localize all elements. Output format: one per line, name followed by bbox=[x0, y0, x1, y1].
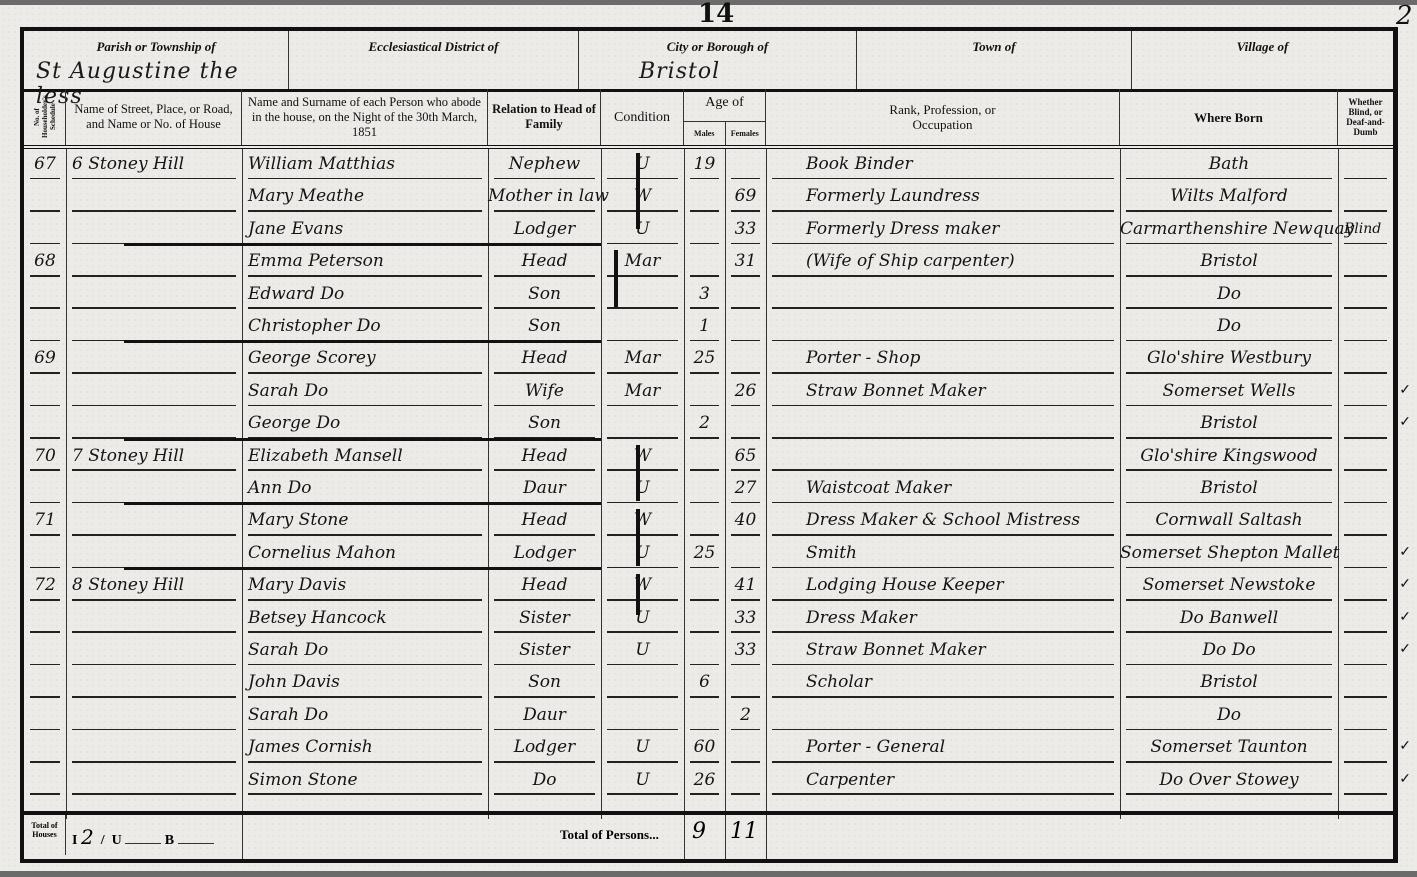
cell-where-born: Do Over Stowey bbox=[1120, 765, 1338, 797]
table-row: Simon StoneDoU26CarpenterDo Over Stowey bbox=[24, 765, 1393, 797]
cell-relation: Sister bbox=[488, 635, 601, 667]
cell-schedule bbox=[24, 473, 66, 505]
cell-female-age: 26 bbox=[725, 376, 766, 408]
cell-occupation: Smith bbox=[766, 538, 1120, 570]
cell-occupation bbox=[766, 279, 1120, 311]
cell-schedule: 70 bbox=[24, 441, 66, 473]
table-row: 728 Stoney HillMary DavisHeadW41Lodging … bbox=[24, 570, 1393, 602]
cell-blind bbox=[1338, 441, 1393, 473]
cell-name: Mary Meathe bbox=[242, 181, 488, 213]
cell-where-born: Glo'shire Westbury bbox=[1120, 343, 1338, 375]
pencil-tally-mark bbox=[636, 509, 640, 566]
header-age: Age of Males Females bbox=[684, 89, 766, 145]
cell-occupation bbox=[766, 700, 1120, 732]
pencil-tally-mark bbox=[636, 574, 640, 615]
header-street: Name of Street, Place, or Road, and Name… bbox=[66, 89, 242, 145]
check-mark-icon: ✓ bbox=[1399, 576, 1411, 593]
cell-relation: Son bbox=[488, 408, 601, 440]
cell-blind bbox=[1338, 732, 1393, 764]
page-number-corner: 2 bbox=[1396, 1, 1413, 31]
cell-relation: Lodger bbox=[488, 732, 601, 764]
cell-female-age: 41 bbox=[725, 570, 766, 602]
cell-relation: Son bbox=[488, 311, 601, 343]
cell-occupation: Book Binder bbox=[766, 149, 1120, 181]
ecclesiastical-district-label: Ecclesiastical District of bbox=[289, 39, 578, 55]
cell-male-age: 3 bbox=[684, 279, 725, 311]
cell-schedule bbox=[24, 603, 66, 635]
cell-street bbox=[66, 732, 242, 764]
table-row: 676 Stoney HillWilliam MatthiasNephewU19… bbox=[24, 149, 1393, 181]
cell-occupation: Formerly Laundress bbox=[766, 181, 1120, 213]
cell-female-age bbox=[725, 732, 766, 764]
table-row: Sarah DoDaur2Do bbox=[24, 700, 1393, 732]
cell-name: Ann Do bbox=[242, 473, 488, 505]
cell-name: James Cornish bbox=[242, 732, 488, 764]
cell-where-born: Bristol bbox=[1120, 246, 1338, 278]
cell-male-age: 2 bbox=[684, 408, 725, 440]
cell-where-born: Wilts Malford bbox=[1120, 181, 1338, 213]
census-entries: 676 Stoney HillWilliam MatthiasNephewU19… bbox=[24, 149, 1393, 819]
cell-condition: U bbox=[601, 603, 684, 635]
cell-condition bbox=[601, 667, 684, 699]
cell-relation: Nephew bbox=[488, 149, 601, 181]
cell-name: Emma Peterson bbox=[242, 246, 488, 278]
cell-schedule bbox=[24, 538, 66, 570]
cell-occupation: Straw Bonnet Maker bbox=[766, 376, 1120, 408]
city-borough-cell: City or Borough of Bristol bbox=[579, 31, 857, 89]
cell-condition bbox=[601, 408, 684, 440]
cell-male-age bbox=[684, 246, 725, 278]
check-mark-icon: ✓ bbox=[1399, 414, 1411, 431]
cell-male-age: 26 bbox=[684, 765, 725, 797]
building-label: B bbox=[165, 833, 174, 848]
cell-blind bbox=[1338, 538, 1393, 570]
cell-female-age: 40 bbox=[725, 505, 766, 537]
cell-male-age: 19 bbox=[684, 149, 725, 181]
cell-name: Mary Davis bbox=[242, 570, 488, 602]
table-row: 707 Stoney HillElizabeth MansellHeadW65G… bbox=[24, 441, 1393, 473]
cell-occupation: Carpenter bbox=[766, 765, 1120, 797]
census-page: 14 2 Parish or Township of St Augustine … bbox=[0, 5, 1417, 871]
cell-name: George Scorey bbox=[242, 343, 488, 375]
table-row: Ann DoDaurU27Waistcoat MakerBristol bbox=[24, 473, 1393, 505]
cell-condition: W bbox=[601, 181, 684, 213]
cell-female-age bbox=[725, 149, 766, 181]
cell-name: Betsey Hancock bbox=[242, 603, 488, 635]
cell-blind bbox=[1338, 603, 1393, 635]
inhabited-value: 2 bbox=[81, 825, 94, 849]
cell-name: Christopher Do bbox=[242, 311, 488, 343]
cell-schedule bbox=[24, 667, 66, 699]
cell-condition: U bbox=[601, 538, 684, 570]
cell-schedule bbox=[24, 311, 66, 343]
cell-male-age bbox=[684, 376, 725, 408]
cell-blind bbox=[1338, 311, 1393, 343]
cell-where-born: Do bbox=[1120, 279, 1338, 311]
cell-male-age: 6 bbox=[684, 667, 725, 699]
cell-street: 8 Stoney Hill bbox=[66, 570, 242, 602]
census-form: Parish or Township of St Augustine the l… bbox=[20, 27, 1398, 863]
town-label: Town of bbox=[857, 39, 1131, 55]
cell-name: Sarah Do bbox=[242, 700, 488, 732]
cell-blind: Blind bbox=[1338, 214, 1393, 246]
table-row: Betsey HancockSisterU33Dress MakerDo Ban… bbox=[24, 603, 1393, 635]
cell-male-age: 25 bbox=[684, 343, 725, 375]
pencil-tally-mark bbox=[614, 250, 618, 307]
cell-occupation: Porter - General bbox=[766, 732, 1120, 764]
check-mark-icon: ✓ bbox=[1399, 771, 1411, 788]
cell-street bbox=[66, 505, 242, 537]
cell-street bbox=[66, 343, 242, 375]
cell-occupation bbox=[766, 441, 1120, 473]
cell-schedule: 71 bbox=[24, 505, 66, 537]
cell-occupation: Lodging House Keeper bbox=[766, 570, 1120, 602]
total-persons-label: Total of Persons... bbox=[560, 827, 659, 843]
cell-blind bbox=[1338, 376, 1393, 408]
cell-male-age: 25 bbox=[684, 538, 725, 570]
parish-cell: Parish or Township of St Augustine the l… bbox=[24, 31, 289, 89]
ecclesiastical-district-cell: Ecclesiastical District of bbox=[289, 31, 579, 89]
header-schedule: No. of Householder's Schedule bbox=[24, 89, 66, 145]
cell-relation: Daur bbox=[488, 700, 601, 732]
cell-name: Sarah Do bbox=[242, 376, 488, 408]
cell-male-age bbox=[684, 214, 725, 246]
cell-condition: U bbox=[601, 473, 684, 505]
cell-female-age: 2 bbox=[725, 700, 766, 732]
cell-blind bbox=[1338, 765, 1393, 797]
header-blind: Whether Blind, or Deaf-and-Dumb bbox=[1338, 89, 1393, 145]
cell-female-age bbox=[725, 343, 766, 375]
cell-name: Mary Stone bbox=[242, 505, 488, 537]
cell-where-born: Glo'shire Kingswood bbox=[1120, 441, 1338, 473]
cell-where-born: Do Do bbox=[1120, 635, 1338, 667]
cell-male-age: 60 bbox=[684, 732, 725, 764]
pencil-tally-mark bbox=[636, 445, 640, 502]
cell-relation: Mother in law bbox=[488, 181, 601, 213]
cell-occupation: (Wife of Ship carpenter) bbox=[766, 246, 1120, 278]
cell-street bbox=[66, 603, 242, 635]
cell-occupation: Scholar bbox=[766, 667, 1120, 699]
cell-schedule bbox=[24, 214, 66, 246]
cell-street bbox=[66, 214, 242, 246]
cell-female-age bbox=[725, 311, 766, 343]
cell-relation: Head bbox=[488, 441, 601, 473]
cell-relation: Head bbox=[488, 246, 601, 278]
cell-where-born: Somerset Taunton bbox=[1120, 732, 1338, 764]
table-row: Jane EvansLodgerU33Formerly Dress makerC… bbox=[24, 214, 1393, 246]
check-mark-icon: ✓ bbox=[1399, 609, 1411, 626]
cell-male-age bbox=[684, 700, 725, 732]
cell-street bbox=[66, 765, 242, 797]
cell-blind bbox=[1338, 473, 1393, 505]
cell-relation: Lodger bbox=[488, 214, 601, 246]
column-header-row: No. of Householder's Schedule Name of St… bbox=[24, 89, 1393, 149]
cell-where-born: Do bbox=[1120, 700, 1338, 732]
pencil-tally-mark bbox=[636, 153, 640, 229]
cell-relation: Head bbox=[488, 505, 601, 537]
cell-relation: Sister bbox=[488, 603, 601, 635]
table-row: Christopher DoSon1Do bbox=[24, 311, 1393, 343]
cell-female-age: 33 bbox=[725, 635, 766, 667]
cell-relation: Son bbox=[488, 667, 601, 699]
header-females: Females bbox=[725, 121, 766, 145]
cell-street bbox=[66, 538, 242, 570]
header-occupation-text: Rank, Profession, or Occupation bbox=[878, 102, 1008, 132]
cell-blind bbox=[1338, 246, 1393, 278]
cell-male-age bbox=[684, 505, 725, 537]
cell-schedule bbox=[24, 376, 66, 408]
cell-blind bbox=[1338, 667, 1393, 699]
cell-street bbox=[66, 473, 242, 505]
cell-street: 7 Stoney Hill bbox=[66, 441, 242, 473]
cell-name: Edward Do bbox=[242, 279, 488, 311]
total-females: 11 bbox=[730, 819, 758, 844]
totals-footer: Total of Houses I 2 / U B Total of Perso… bbox=[24, 811, 1393, 859]
table-row: Cornelius MahonLodgerU25SmithSomerset Sh… bbox=[24, 538, 1393, 570]
cell-schedule bbox=[24, 279, 66, 311]
header-age-of: Age of bbox=[684, 95, 765, 110]
cell-female-age: 33 bbox=[725, 603, 766, 635]
cell-female-age bbox=[725, 408, 766, 440]
table-row: George DoSon2Bristol bbox=[24, 408, 1393, 440]
check-mark-icon: ✓ bbox=[1399, 738, 1411, 755]
cell-condition bbox=[601, 311, 684, 343]
cell-male-age bbox=[684, 441, 725, 473]
cell-schedule: 68 bbox=[24, 246, 66, 278]
cell-relation: Lodger bbox=[488, 538, 601, 570]
cell-blind bbox=[1338, 635, 1393, 667]
parish-label: Parish or Township of bbox=[24, 39, 288, 55]
cell-name: Sarah Do bbox=[242, 635, 488, 667]
cell-schedule: 67 bbox=[24, 149, 66, 181]
cell-condition: W bbox=[601, 441, 684, 473]
cell-female-age: 31 bbox=[725, 246, 766, 278]
cell-where-born: Somerset Wells bbox=[1120, 376, 1338, 408]
cell-name: George Do bbox=[242, 408, 488, 440]
cell-female-age: 65 bbox=[725, 441, 766, 473]
total-houses-values: I 2 / U B bbox=[72, 825, 214, 849]
cell-occupation: Dress Maker & School Mistress bbox=[766, 505, 1120, 537]
table-row: Sarah DoSisterU33Straw Bonnet MakerDo Do bbox=[24, 635, 1393, 667]
cell-where-born: Bristol bbox=[1120, 473, 1338, 505]
cell-street: 6 Stoney Hill bbox=[66, 149, 242, 181]
cell-occupation: Porter - Shop bbox=[766, 343, 1120, 375]
cell-condition: Mar bbox=[601, 376, 684, 408]
page-number-top: 14 bbox=[698, 0, 734, 29]
cell-occupation: Formerly Dress maker bbox=[766, 214, 1120, 246]
cell-male-age bbox=[684, 603, 725, 635]
cell-street bbox=[66, 279, 242, 311]
cell-female-age: 69 bbox=[725, 181, 766, 213]
header-where-born: Where Born bbox=[1120, 89, 1338, 145]
cell-schedule bbox=[24, 181, 66, 213]
cell-female-age bbox=[725, 667, 766, 699]
header-schedule-text: No. of Householder's Schedule bbox=[33, 89, 57, 145]
cell-relation: Son bbox=[488, 279, 601, 311]
cell-condition: U bbox=[601, 635, 684, 667]
inhabited-label: I bbox=[72, 833, 77, 848]
cell-street bbox=[66, 181, 242, 213]
total-houses-label: Total of Houses bbox=[24, 815, 66, 855]
cell-blind bbox=[1338, 570, 1393, 602]
check-mark-icon: ✓ bbox=[1399, 641, 1411, 658]
city-borough-label: City or Borough of bbox=[579, 39, 856, 55]
cell-condition: U bbox=[601, 732, 684, 764]
table-row: John DavisSon6ScholarBristol bbox=[24, 667, 1393, 699]
cell-female-age: 33 bbox=[725, 214, 766, 246]
cell-relation: Head bbox=[488, 570, 601, 602]
cell-schedule: 72 bbox=[24, 570, 66, 602]
cell-blind bbox=[1338, 279, 1393, 311]
cell-name: Elizabeth Mansell bbox=[242, 441, 488, 473]
cell-female-age bbox=[725, 538, 766, 570]
cell-occupation: Dress Maker bbox=[766, 603, 1120, 635]
cell-relation: Do bbox=[488, 765, 601, 797]
town-cell: Town of bbox=[857, 31, 1132, 89]
cell-schedule bbox=[24, 700, 66, 732]
village-cell: Village of bbox=[1132, 31, 1393, 89]
table-row: 71Mary StoneHeadW40Dress Maker & School … bbox=[24, 505, 1393, 537]
cell-female-age: 27 bbox=[725, 473, 766, 505]
cell-male-age bbox=[684, 635, 725, 667]
cell-relation: Wife bbox=[488, 376, 601, 408]
cell-blind bbox=[1338, 700, 1393, 732]
cell-relation: Daur bbox=[488, 473, 601, 505]
cell-blind bbox=[1338, 343, 1393, 375]
header-occupation: Rank, Profession, or Occupation bbox=[766, 89, 1120, 145]
cell-condition: U bbox=[601, 149, 684, 181]
cell-where-born: Bath bbox=[1120, 149, 1338, 181]
cell-relation: Head bbox=[488, 343, 601, 375]
cell-condition bbox=[601, 700, 684, 732]
cell-occupation: Waistcoat Maker bbox=[766, 473, 1120, 505]
check-mark-icon: ✓ bbox=[1399, 544, 1411, 561]
cell-where-born: Carmarthenshire Newquay bbox=[1120, 214, 1338, 246]
header-condition: Condition bbox=[601, 89, 684, 145]
cell-name: Jane Evans bbox=[242, 214, 488, 246]
cell-schedule bbox=[24, 408, 66, 440]
cell-blind bbox=[1338, 149, 1393, 181]
cell-schedule bbox=[24, 635, 66, 667]
cell-condition: U bbox=[601, 214, 684, 246]
place-header: Parish or Township of St Augustine the l… bbox=[24, 31, 1393, 92]
cell-street bbox=[66, 376, 242, 408]
cell-blind bbox=[1338, 181, 1393, 213]
cell-condition: W bbox=[601, 505, 684, 537]
cell-name: John Davis bbox=[242, 667, 488, 699]
table-row: James CornishLodgerU60Porter - GeneralSo… bbox=[24, 732, 1393, 764]
cell-condition: W bbox=[601, 570, 684, 602]
cell-street bbox=[66, 246, 242, 278]
cell-occupation: Straw Bonnet Maker bbox=[766, 635, 1120, 667]
cell-occupation bbox=[766, 408, 1120, 440]
cell-schedule bbox=[24, 732, 66, 764]
table-row: 69George ScoreyHeadMar25Porter - ShopGlo… bbox=[24, 343, 1393, 375]
cell-where-born: Bristol bbox=[1120, 667, 1338, 699]
cell-name: Simon Stone bbox=[242, 765, 488, 797]
check-mark-icon: ✓ bbox=[1399, 382, 1411, 399]
city-borough-value: Bristol bbox=[639, 59, 720, 84]
cell-name: Cornelius Mahon bbox=[242, 538, 488, 570]
header-relation: Relation to Head of Family bbox=[488, 89, 601, 145]
cell-street bbox=[66, 667, 242, 699]
cell-name: William Matthias bbox=[242, 149, 488, 181]
cell-where-born: Bristol bbox=[1120, 408, 1338, 440]
cell-male-age: 1 bbox=[684, 311, 725, 343]
header-males: Males bbox=[684, 121, 726, 145]
cell-male-age bbox=[684, 570, 725, 602]
cell-where-born: Do Banwell bbox=[1120, 603, 1338, 635]
cell-female-age bbox=[725, 279, 766, 311]
village-label: Village of bbox=[1132, 39, 1393, 55]
cell-street bbox=[66, 700, 242, 732]
total-males: 9 bbox=[692, 819, 706, 844]
table-row: Sarah DoWifeMar26Straw Bonnet MakerSomer… bbox=[24, 376, 1393, 408]
cell-schedule bbox=[24, 765, 66, 797]
table-row: Mary MeatheMother in lawW69Formerly Laun… bbox=[24, 181, 1393, 213]
cell-blind bbox=[1338, 505, 1393, 537]
header-name: Name and Surname of each Person who abod… bbox=[242, 89, 488, 145]
uninhabited-label: U bbox=[112, 833, 122, 848]
cell-blind bbox=[1338, 408, 1393, 440]
cell-occupation bbox=[766, 311, 1120, 343]
cell-condition: Mar bbox=[601, 343, 684, 375]
cell-schedule: 69 bbox=[24, 343, 66, 375]
cell-where-born: Somerset Shepton Mallet bbox=[1120, 538, 1338, 570]
cell-street bbox=[66, 635, 242, 667]
cell-male-age bbox=[684, 473, 725, 505]
cell-street bbox=[66, 408, 242, 440]
cell-where-born: Cornwall Saltash bbox=[1120, 505, 1338, 537]
cell-condition: U bbox=[601, 765, 684, 797]
cell-female-age bbox=[725, 765, 766, 797]
cell-where-born: Do bbox=[1120, 311, 1338, 343]
table-row: 68Emma PetersonHeadMar31(Wife of Ship ca… bbox=[24, 246, 1393, 278]
table-row: Edward DoSon3Do bbox=[24, 279, 1393, 311]
cell-male-age bbox=[684, 181, 725, 213]
cell-street bbox=[66, 311, 242, 343]
cell-where-born: Somerset Newstoke bbox=[1120, 570, 1338, 602]
